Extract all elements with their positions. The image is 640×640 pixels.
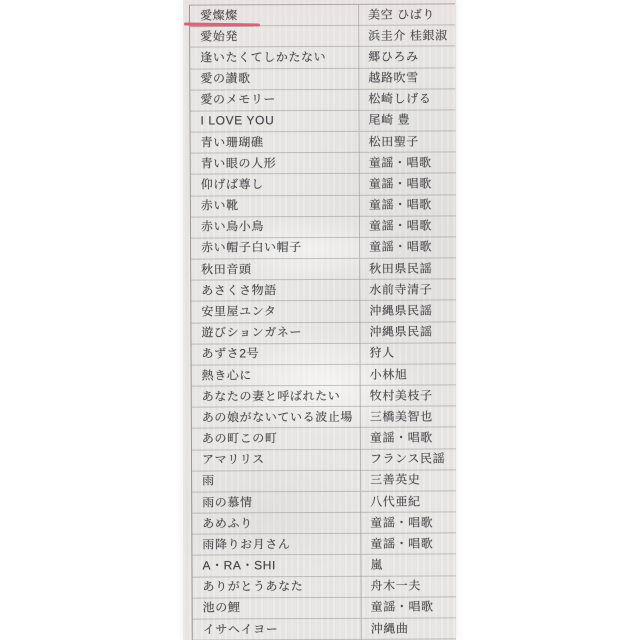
table-row: 赤い帽子白い帽子 童謡・唱歌 bbox=[191, 237, 456, 259]
artist-name: フランス民謡 bbox=[360, 449, 456, 470]
song-title: あなたの妻と呼ばれたい bbox=[192, 386, 360, 408]
artist-name: 童謡・唱歌 bbox=[361, 597, 456, 618]
song-title: 愛始発 bbox=[190, 26, 358, 48]
table-row: あの娘がないている波止場 三橋美智也 bbox=[192, 407, 456, 429]
table-row: 青い珊瑚礁 松田聖子 bbox=[191, 131, 456, 153]
table-row: 愛始発 浜圭介 桂銀淑 bbox=[190, 26, 455, 48]
artist-name: 秋田県民謡 bbox=[359, 258, 456, 279]
song-title: 熱き心に bbox=[192, 364, 360, 386]
artist-name: 三善英史 bbox=[360, 470, 456, 491]
song-title: 雨の慕情 bbox=[192, 491, 360, 513]
artist-name: 郷ひろみ bbox=[358, 46, 455, 67]
artist-name: 水前寺清子 bbox=[359, 279, 456, 300]
artist-name: 松田聖子 bbox=[359, 131, 456, 152]
table-row: ありがとうあなた 舟木一夫 bbox=[192, 576, 456, 598]
table-row: 愛の讃歌 越路吹雪 bbox=[190, 68, 455, 90]
paper-sheet: 愛燦燦 美空 ひばり 愛始発 浜圭介 桂銀淑 逢いたくてしかたない 郷ひろみ 愛… bbox=[183, 0, 456, 640]
song-title: 仰げば尊し bbox=[191, 174, 359, 196]
artist-name: 八代亜紀 bbox=[360, 491, 456, 512]
song-title: 赤い鳥小鳥 bbox=[191, 216, 359, 238]
song-title: I LOVE YOU bbox=[190, 110, 358, 132]
song-title: 雨降りお月さん bbox=[192, 534, 360, 556]
artist-name: 童謡・唱歌 bbox=[359, 195, 456, 216]
artist-name: 狩人 bbox=[359, 343, 456, 364]
song-title: 秋田音頭 bbox=[191, 258, 359, 280]
song-title: 赤い靴 bbox=[191, 195, 359, 217]
table-row: 仰げば尊し 童謡・唱歌 bbox=[191, 174, 456, 196]
artist-name: 牧村美枝子 bbox=[360, 385, 456, 406]
song-title: ありがとうあなた bbox=[192, 576, 360, 598]
table-row: 赤い鳥小鳥 童謡・唱歌 bbox=[191, 216, 456, 238]
artist-name: 童謡・唱歌 bbox=[359, 173, 456, 194]
table-row: I LOVE YOU 尾崎 豊 bbox=[190, 110, 455, 132]
table-row: 池の鯉 童謡・唱歌 bbox=[193, 597, 456, 619]
song-title: 逢いたくてしかたない bbox=[190, 47, 358, 69]
song-title: イサヘイヨー bbox=[193, 618, 361, 640]
artist-name: 沖縄県民謡 bbox=[359, 322, 456, 343]
table-row: イサヘイヨー 沖縄曲 bbox=[193, 618, 456, 640]
table-row: 雨の慕情 八代亜紀 bbox=[192, 491, 456, 513]
table-row: アマリリス フランス民謡 bbox=[192, 449, 456, 471]
artist-name: 尾崎 豊 bbox=[358, 110, 455, 131]
song-title: 遊びションガネー bbox=[191, 322, 359, 344]
table-row: 逢いたくてしかたない 郷ひろみ bbox=[190, 47, 455, 69]
song-title: 青い珊瑚礁 bbox=[191, 131, 359, 153]
artist-name: 舟木一夫 bbox=[360, 576, 456, 597]
table-row: 愛のメモリー 松崎しげる bbox=[190, 89, 455, 111]
song-title: アマリリス bbox=[192, 449, 360, 471]
table-row: 熱き心に 小林旭 bbox=[192, 364, 456, 386]
song-title: 池の鯉 bbox=[193, 597, 361, 619]
table-row: 赤い靴 童謡・唱歌 bbox=[191, 195, 456, 217]
table-row: あなたの妻と呼ばれたい 牧村美枝子 bbox=[192, 386, 456, 408]
artist-name: 越路吹雪 bbox=[358, 68, 455, 89]
song-table: 愛燦燦 美空 ひばり 愛始発 浜圭介 桂銀淑 逢いたくてしかたない 郷ひろみ 愛… bbox=[189, 3, 456, 640]
song-title: 愛のメモリー bbox=[190, 89, 358, 111]
table-row: 遊びションガネー 沖縄県民謡 bbox=[191, 322, 456, 344]
artist-name: 童謡・唱歌 bbox=[360, 512, 456, 533]
table-row: 雨 三善英史 bbox=[192, 470, 456, 492]
song-title: 青い眼の人形 bbox=[191, 153, 359, 175]
artist-name: 浜圭介 桂銀淑 bbox=[358, 25, 455, 46]
song-title: 赤い帽子白い帽子 bbox=[191, 237, 359, 259]
red-underline-mark bbox=[184, 23, 260, 27]
table-row: あさくさ物語 水前寺清子 bbox=[191, 280, 456, 302]
song-title: あずさ2号 bbox=[191, 343, 359, 365]
photo-of-song-list: 愛燦燦 美空 ひばり 愛始発 浜圭介 桂銀淑 逢いたくてしかたない 郷ひろみ 愛… bbox=[0, 0, 640, 640]
artist-name: 童謡・唱歌 bbox=[360, 533, 456, 554]
table-row: あめふり 童謡・唱歌 bbox=[192, 513, 456, 535]
artist-name: 沖縄曲 bbox=[361, 618, 456, 639]
artist-name: 美空 ひばり bbox=[358, 4, 455, 25]
artist-name: 嵐 bbox=[360, 554, 456, 575]
artist-name: 沖縄県民謡 bbox=[359, 300, 456, 321]
song-title: あの町この町 bbox=[192, 428, 360, 450]
artist-name: 童謡・唱歌 bbox=[360, 427, 456, 448]
artist-name: 童謡・唱歌 bbox=[359, 237, 456, 258]
table-row: 雨降りお月さん 童謡・唱歌 bbox=[192, 534, 456, 556]
artist-name: 三橋美智也 bbox=[360, 406, 456, 427]
table-row: 秋田音頭 秋田県民謡 bbox=[191, 258, 456, 280]
table-row: あの町この町 童謡・唱歌 bbox=[192, 428, 456, 450]
table-row: 青い眼の人形 童謡・唱歌 bbox=[191, 153, 456, 175]
artist-name: 松崎しげる bbox=[358, 89, 455, 110]
artist-name: 小林旭 bbox=[360, 364, 456, 385]
song-title: あの娘がないている波止場 bbox=[192, 407, 360, 429]
artist-name: 童謡・唱歌 bbox=[359, 152, 456, 173]
song-title: あさくさ物語 bbox=[191, 280, 359, 302]
table-row: A・RA・SHI 嵐 bbox=[192, 555, 456, 577]
song-title: 愛の讃歌 bbox=[190, 68, 358, 90]
song-title: 安里屋ユンタ bbox=[191, 301, 359, 323]
song-title: あめふり bbox=[192, 513, 360, 535]
song-title: A・RA・SHI bbox=[192, 555, 360, 577]
song-title: 雨 bbox=[192, 470, 360, 492]
table-row: 安里屋ユンタ 沖縄県民謡 bbox=[191, 301, 456, 323]
artist-name: 童謡・唱歌 bbox=[359, 216, 456, 237]
table-row: あずさ2号 狩人 bbox=[191, 343, 456, 365]
